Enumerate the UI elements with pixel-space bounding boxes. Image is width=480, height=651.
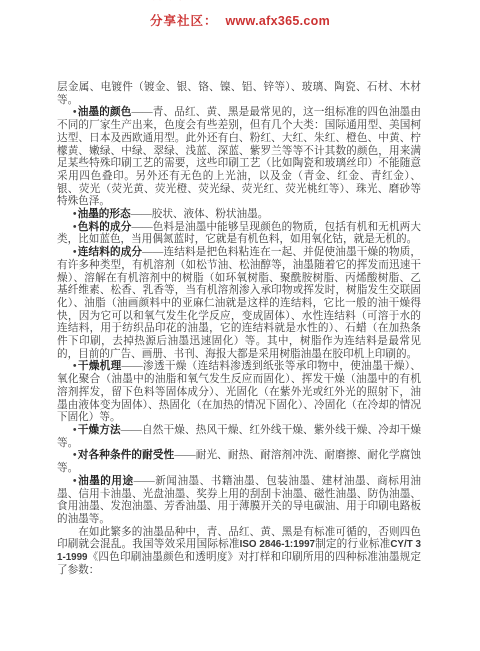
site-url-link[interactable]: www.afx365.com [226, 14, 330, 28]
text-segment: ——青、品红、黄、黑是最常见的，这一组标准的四色油墨由不同的厂家生产出来，色度会… [57, 107, 421, 207]
text-segment: ——胶状、液体、粉状油墨。 [131, 209, 269, 220]
paragraph: •干燥方法——自然干燥、热风干燥、红外线干燥、紫外线干燥、冷却干燥等。 [57, 425, 421, 450]
paragraph: •油墨的用途——新闻油墨、书籍油墨、包装油墨、建材油墨、商标用油墨、信用卡油墨、… [57, 476, 421, 527]
document-page: 分享社区：www.afx365.com 分享社区：www.afx365.com … [0, 0, 480, 651]
text-segment: ISO 2846-1:1997 [240, 539, 315, 550]
cropped-watermark-fragment: 分享社区：www.afx365.com [0, 0, 480, 3]
watermark-site-label: 分享社区： [153, 0, 216, 2]
paragraph-heading: 油墨的形态 [78, 209, 131, 220]
header-watermark: 分享社区：www.afx365.com [0, 13, 480, 29]
text-segment: 层金属、电镀件（镀金、银、铬、镍、铝、锌等）、玻璃、陶瓷、石材、木材等。 [57, 82, 421, 106]
document-body: 层金属、电镀件（镀金、银、铬、镍、铝、锌等）、玻璃、陶瓷、石材、木材等。•油墨的… [57, 82, 421, 577]
paragraph-heading: 油墨的颜色 [78, 107, 132, 118]
paragraph: 在如此繁多的油墨品种中，青、品红、黄、黑是有标准可循的，否则四色印刷就会混乱。我… [57, 527, 421, 578]
paragraph-heading: 干燥方法 [78, 425, 121, 436]
paragraph-heading: 干燥机理 [78, 361, 122, 372]
paragraph-heading: 油墨的用途 [78, 476, 134, 487]
text-segment: 《四色印刷油墨颜色和透明度》对打样和印刷所用的四种标准油墨规定了参数： [57, 552, 421, 576]
text-segment: ——连结料是把色料粘连在一起、并促使油墨干燥的物质，有许多种类型，有机溶剂（如松… [57, 247, 421, 360]
paragraph-heading: 色料的成分 [78, 222, 132, 233]
cropped-watermark-text: 分享社区：www.afx365.com [0, 0, 480, 3]
site-label: 分享社区： [150, 14, 218, 28]
paragraph: 层金属、电镀件（镀金、银、铬、镍、铝、锌等）、玻璃、陶瓷、石材、木材等。 [57, 82, 421, 107]
paragraph-heading: 对各种条件的耐受性 [78, 450, 175, 461]
text-segment: 制定的行业标准 [315, 539, 390, 550]
paragraph: •油墨的颜色——青、品红、黄、黑是最常见的，这一组标准的四色油墨由不同的厂家生产… [57, 107, 421, 209]
paragraph: •干燥机理——渗透干燥（连结料渗透到纸张等承印物中，使油墨干燥）、氧化聚合（油墨… [57, 361, 421, 425]
paragraph: •色料的成分——色料是油墨中能够呈现颜色的物质，包括有机和无机两大类，比如蓝色，… [57, 222, 421, 247]
watermark-site-url: www.afx365.com [223, 0, 327, 2]
paragraph-heading: 连结料的成分 [78, 247, 143, 258]
paragraph: •对各种条件的耐受性——耐光、耐热、耐溶剂冲洗、耐磨擦、耐化学腐蚀等。 [57, 450, 421, 475]
paragraph: •油墨的形态——胶状、液体、粉状油墨。 [57, 209, 421, 222]
paragraph: •连结料的成分——连结料是把色料粘连在一起、并促使油墨干燥的物质，有许多种类型，… [57, 247, 421, 361]
